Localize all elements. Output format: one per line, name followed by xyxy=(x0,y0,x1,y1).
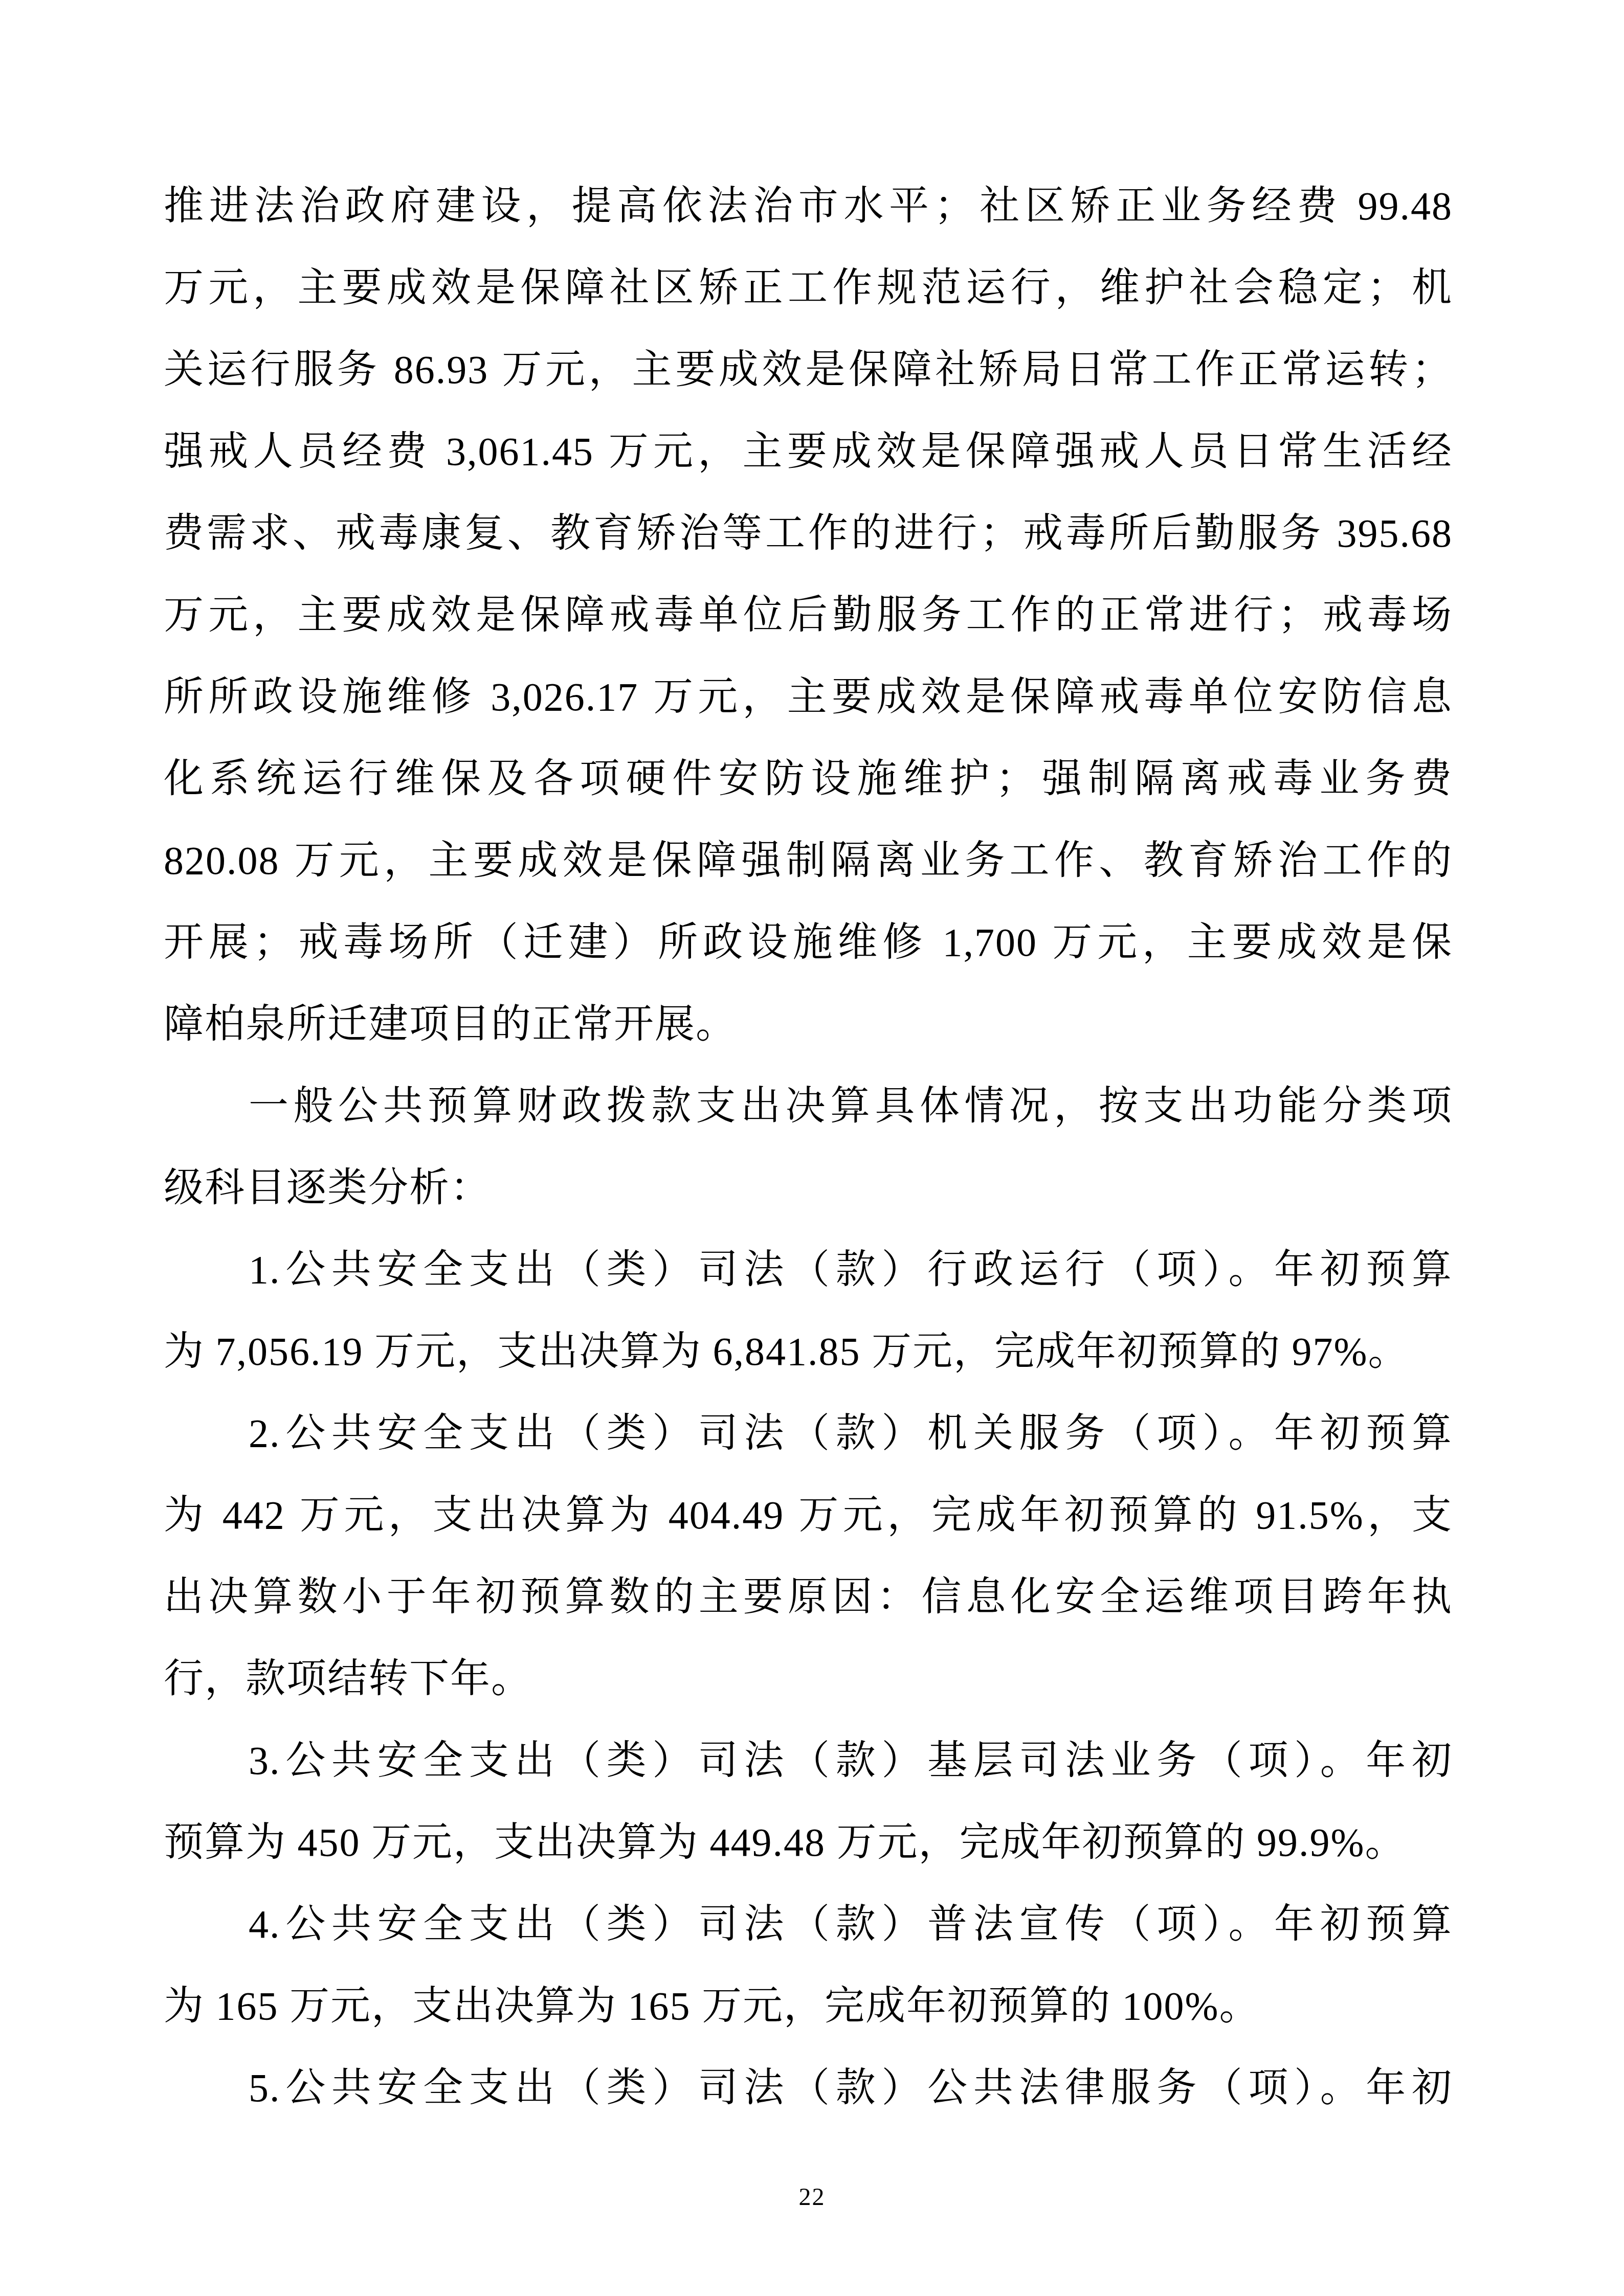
text-line: 为 165 万元，支出决算为 165 万元，完成年初预算的 100%。 xyxy=(164,1965,1453,2047)
body-text: 推进法治政府建设，提高依法治市水平；社区矫正业务经费 99.48万元，主要成效是… xyxy=(164,165,1453,2129)
text-line: 障柏泉所迁建项目的正常开展。 xyxy=(164,983,1453,1065)
text-line: 820.08 万元，主要成效是保障强制隔离业务工作、教育矫治工作的 xyxy=(164,820,1453,902)
text-line: 为 442 万元，支出决算为 404.49 万元，完成年初预算的 91.5%，支 xyxy=(164,1474,1453,1556)
text-line: 4.公共安全支出（类）司法（款）普法宣传（项）。年初预算 xyxy=(164,1883,1453,1965)
text-line: 出决算数小于年初预算数的主要原因：信息化安全运维项目跨年执 xyxy=(164,1556,1453,1638)
text-line: 3.公共安全支出（类）司法（款）基层司法业务（项）。年初 xyxy=(164,1720,1453,1802)
text-line: 级科目逐类分析： xyxy=(164,1147,1453,1229)
text-line: 1.公共安全支出（类）司法（款）行政运行（项）。年初预算 xyxy=(164,1229,1453,1311)
text-line: 开展；戒毒场所（迁建）所政设施维修 1,700 万元，主要成效是保 xyxy=(164,902,1453,983)
page-number: 22 xyxy=(0,2179,1624,2215)
text-line: 关运行服务 86.93 万元，主要成效是保障社矫局日常工作正常运转； xyxy=(164,329,1453,411)
paragraph: 推进法治政府建设，提高依法治市水平；社区矫正业务经费 99.48万元，主要成效是… xyxy=(164,165,1453,1065)
text-line: 行，款项结转下年。 xyxy=(164,1638,1453,1720)
text-line: 5.公共安全支出（类）司法（款）公共法律服务（项）。年初 xyxy=(164,2047,1453,2129)
paragraph: 2.公共安全支出（类）司法（款）机关服务（项）。年初预算为 442 万元，支出决… xyxy=(164,1392,1453,1720)
text-line: 化系统运行维保及各项硬件安防设施维护；强制隔离戒毒业务费 xyxy=(164,738,1453,820)
paragraph: 5.公共安全支出（类）司法（款）公共法律服务（项）。年初 xyxy=(164,2047,1453,2129)
paragraph: 一般公共预算财政拨款支出决算具体情况，按支出功能分类项级科目逐类分析： xyxy=(164,1065,1453,1229)
text-line: 预算为 450 万元，支出决算为 449.48 万元，完成年初预算的 99.9%… xyxy=(164,1802,1453,1883)
text-line: 所所政设施维修 3,026.17 万元，主要成效是保障戒毒单位安防信息 xyxy=(164,656,1453,738)
text-line: 为 7,056.19 万元，支出决算为 6,841.85 万元，完成年初预算的 … xyxy=(164,1311,1453,1392)
text-line: 2.公共安全支出（类）司法（款）机关服务（项）。年初预算 xyxy=(164,1392,1453,1474)
text-line: 费需求、戒毒康复、教育矫治等工作的进行；戒毒所后勤服务 395.68 xyxy=(164,492,1453,574)
text-line: 推进法治政府建设，提高依法治市水平；社区矫正业务经费 99.48 xyxy=(164,165,1453,247)
paragraph: 1.公共安全支出（类）司法（款）行政运行（项）。年初预算为 7,056.19 万… xyxy=(164,1229,1453,1392)
paragraph: 3.公共安全支出（类）司法（款）基层司法业务（项）。年初预算为 450 万元，支… xyxy=(164,1720,1453,1883)
text-line: 强戒人员经费 3,061.45 万元，主要成效是保障强戒人员日常生活经 xyxy=(164,411,1453,492)
text-line: 万元，主要成效是保障社区矫正工作规范运行，维护社会稳定；机 xyxy=(164,247,1453,329)
paragraph: 4.公共安全支出（类）司法（款）普法宣传（项）。年初预算为 165 万元，支出决… xyxy=(164,1883,1453,2047)
text-line: 一般公共预算财政拨款支出决算具体情况，按支出功能分类项 xyxy=(164,1065,1453,1147)
document-page: 推进法治政府建设，提高依法治市水平；社区矫正业务经费 99.48万元，主要成效是… xyxy=(0,0,1624,2296)
text-line: 万元，主要成效是保障戒毒单位后勤服务工作的正常进行；戒毒场 xyxy=(164,574,1453,656)
